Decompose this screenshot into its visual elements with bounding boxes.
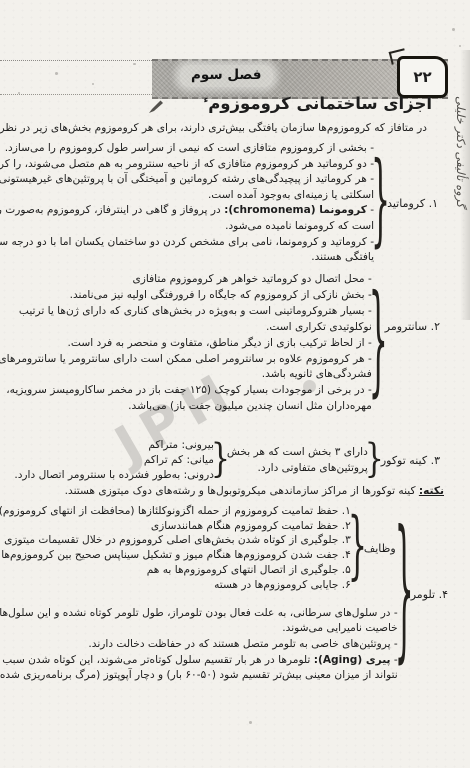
pen-icon bbox=[148, 100, 165, 114]
scan-speck bbox=[249, 721, 252, 724]
curly-brace: } bbox=[398, 503, 411, 685]
text-line: - محل اتصال دو کروماتید خواهر هر کروموزو… bbox=[0, 272, 372, 288]
section-content: - بخشی از کروموزوم متافازی است که نیمی ا… bbox=[0, 141, 374, 266]
text-line: ۲. حفظ تمامیت کروموزوم هنگام همانندسازی bbox=[0, 519, 351, 534]
scan-speck bbox=[133, 63, 136, 65]
text-line: - دو کروماتید هر کروموزوم متافازی که از … bbox=[0, 157, 374, 173]
header-dotted-line-bottom bbox=[0, 94, 154, 95]
duties-list: ۱. حفظ تمامیت کروموزوم از حمله اگزونوکلئ… bbox=[0, 504, 351, 593]
section-label: ۱. کروماتید bbox=[387, 197, 440, 210]
publisher-vertical-text: گروه تألیفی دکتر خلیلی bbox=[454, 96, 468, 208]
section-chromatid: ۱. کروماتید } - بخشی از کروموزوم متافازی… bbox=[0, 141, 440, 266]
note-label: نکته: bbox=[419, 485, 444, 497]
duties-row: وظایف } ۱. حفظ تمامیت کروموزوم از حمله ا… bbox=[0, 504, 398, 593]
text-line: - هر کروموزوم علاوه بر سانترومر اصلی ممک… bbox=[0, 352, 372, 368]
text-line: اسکلتی یا زمینه‌ای به‌وجود آمده است. bbox=[0, 188, 374, 204]
text-line: بیرونی: متراکم bbox=[14, 438, 214, 453]
text-line: میانی: کم تراکم bbox=[14, 453, 214, 468]
text-line: درونی: به‌طور فشرده با سنترومر اتصال دار… bbox=[14, 468, 214, 483]
curly-brace: } bbox=[374, 144, 387, 262]
text-line: ۵. جلوگیری از اتصال انتهای کروموزوم‌ها ب… bbox=[0, 563, 351, 578]
intro-line: در متافاز که کروموزوم‌ها سازمان یافتگی ب… bbox=[0, 121, 427, 136]
text-line: - پروتئین‌های خاصی به تلومر متصل هستند ک… bbox=[0, 637, 398, 653]
text-line: - کرومونما (chromonema): در پروفاز و گاه… bbox=[0, 203, 374, 219]
section-content: - محل اتصال دو کروماتید خواهر هر کروموزو… bbox=[0, 272, 372, 415]
curly-brace: } bbox=[372, 274, 385, 414]
text-line: است که کرومونما نامیده می‌شود. bbox=[0, 219, 374, 235]
text-line: - هر کروماتید از پیچیدگی‌های رشته کرومات… bbox=[0, 172, 374, 188]
scan-speck bbox=[452, 28, 455, 31]
text-line: - کروماتید و کرومونما، نامی برای مشخص کر… bbox=[0, 235, 374, 251]
curly-brace: } bbox=[214, 437, 227, 483]
text-line: نوکلوتیدی تکراری است. bbox=[0, 320, 372, 336]
page-title: اجزای ساختمانی کروموزومء bbox=[204, 94, 432, 113]
section-label: ۴. تلومر bbox=[411, 588, 450, 601]
telomere-extra-lines: - در سلول‌های سرطانی، به علت فعال بودن ت… bbox=[0, 606, 398, 685]
section-kinetochore: ۳. کینه توکور } دارای ۳ بخش است که هر بخ… bbox=[14, 437, 442, 483]
text-line: - بخش نازکی از کروموزوم که جایگاه را فرو… bbox=[0, 288, 372, 304]
page-title-text: اجزای ساختمانی کروموزوم bbox=[208, 94, 432, 113]
note-text: کینه توکورها از مراکز سازماندهی میکروتوب… bbox=[65, 485, 419, 497]
text-line: یافتگی هستند. bbox=[0, 250, 374, 266]
text-line: - بسیار هتروکروماتینی است و به‌ویژه در ب… bbox=[0, 304, 372, 320]
curly-brace: } bbox=[368, 437, 381, 483]
page-number: ۲۲ bbox=[413, 68, 431, 86]
section-content: دارای ۳ بخش است که هر بخشپروتئین‌های متف… bbox=[14, 437, 367, 483]
text-line: ۳. جلوگیری از کوتاه شدن بخش‌های اصلی کرو… bbox=[0, 533, 351, 548]
text-line: - بخشی از کروموزوم متافازی است که نیمی ا… bbox=[0, 141, 374, 157]
text-line: فشردگی‌های ثانویه باشد. bbox=[0, 367, 372, 383]
note-line: نکته: کینه توکورها از مراکز سازماندهی می… bbox=[65, 484, 444, 499]
text-line: - در سلول‌های سرطانی، به علت فعال بودن ت… bbox=[0, 606, 398, 622]
page-number-box: ۲۲ bbox=[397, 56, 448, 98]
text-line: ۶. جایابی کروموزوم‌ها در هسته bbox=[0, 578, 351, 593]
text-line: دارای ۳ بخش است که هر بخش bbox=[227, 444, 368, 461]
section-content: وظایف } ۱. حفظ تمامیت کروموزوم از حمله ا… bbox=[0, 504, 398, 684]
duties-label: وظایف bbox=[364, 542, 398, 555]
text-line: ۴. جفت شدن کروموزوم‌ها هنگام میوز و تشکی… bbox=[0, 548, 351, 563]
text-line: خاصیت نامیرایی می‌شوند. bbox=[0, 621, 398, 637]
text-line: ۱. حفظ تمامیت کروموزوم از حمله اگزونوکلئ… bbox=[0, 504, 351, 519]
section-telomere: ۴. تلومر } وظایف } ۱. حفظ تمامیت کروموزو… bbox=[0, 503, 450, 685]
chapter-tab-label: فصل سوم bbox=[180, 65, 273, 87]
section-label: ۲. سانترومر bbox=[385, 320, 442, 333]
text-line: مهره‌داران مثل انسان چندین میلیون جفت با… bbox=[0, 399, 372, 415]
header-dotted-line-top bbox=[0, 60, 154, 61]
scan-speck bbox=[92, 83, 94, 85]
scan-speck bbox=[55, 72, 58, 75]
book-page: JPH فصل سوم ۲۲ گروه تألیفی دکتر خلیلی اج… bbox=[0, 0, 470, 768]
section-centromere: ۲. سانترومر } - محل اتصال دو کروماتید خو… bbox=[0, 272, 442, 415]
text-line: - پیری (Aging): تلومرها در هر بار تقسیم … bbox=[0, 653, 398, 669]
text-line: - در برخی از موجودات بسیار کوچک (۱۲۵ جفت… bbox=[0, 383, 372, 399]
scan-speck bbox=[459, 45, 461, 47]
text-line: پروتئین‌های متفاوتی دارد. bbox=[227, 460, 368, 477]
section-label: ۳. کینه توکور bbox=[381, 454, 442, 467]
kinetochore-sub-lines: بیرونی: متراکممیانی: کم تراکمدرونی: به‌ط… bbox=[14, 438, 214, 483]
text-line: - از لحاظ ترکیب بازی از دیگر مناطق، متفا… bbox=[0, 336, 372, 352]
text-line: نتواند از میزان معینی بیش‌تر تقسیم شود (… bbox=[0, 668, 398, 684]
curly-brace: } bbox=[351, 505, 364, 591]
kinetochore-main-lines: دارای ۳ بخش است که هر بخشپروتئین‌های متف… bbox=[227, 444, 368, 477]
